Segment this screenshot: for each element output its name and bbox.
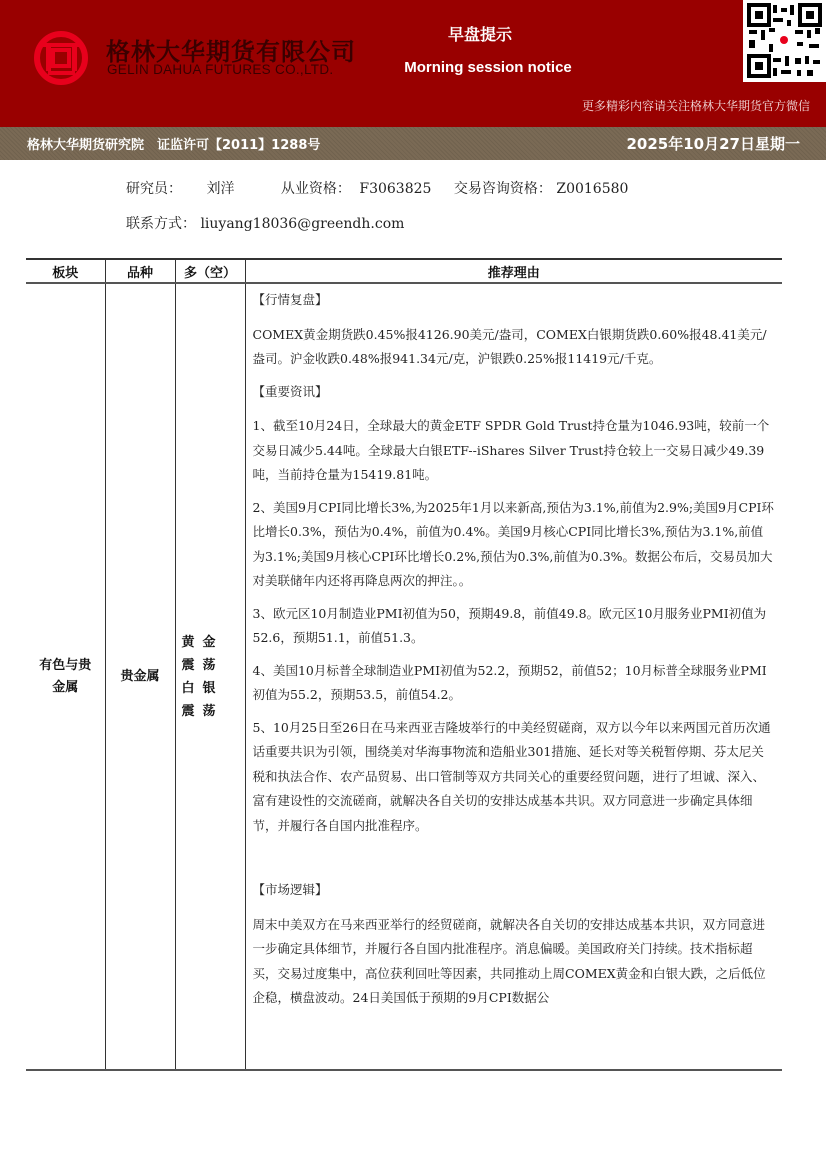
section-title-logic: 【市场逻辑】	[253, 878, 775, 903]
qualification-label: 从业资格：	[281, 178, 351, 198]
researcher-label: 研究员：	[126, 178, 182, 198]
direction-cell: 黄金震荡 白银震荡	[175, 283, 245, 1070]
sector-cell: 有色与贵金属	[26, 283, 105, 1070]
institute-license: 格林大华期货研究院 证监许可【2011】1288号	[27, 134, 320, 153]
section-title-review: 【行情复盘】	[253, 288, 775, 313]
analyst-line: 研究员： 刘洋 从业资格： F3063825 交易咨询资格： Z0016580	[126, 178, 628, 198]
header-direction: 多（空）	[175, 259, 245, 283]
contact-line: 联系方式： liuyang18036@greendh.com	[126, 213, 404, 233]
news-item-4: 4、美国10月标普全球制造业PMI初值为52.2，预期52，前值52；10月标普…	[253, 659, 775, 708]
qualification-number: F3063825	[359, 181, 431, 197]
section-title-news: 【重要资讯】	[253, 380, 775, 405]
header-sector: 板块	[26, 259, 105, 283]
company-name-en: GELIN DAHUA FUTURES CO.,LTD.	[107, 62, 333, 77]
logic-paragraph: 周末中美双方在马来西亚举行的经贸磋商，就解决各自关切的安排达成基本共识，双方同意…	[253, 913, 775, 1011]
report-title-cn: 早盘提示	[400, 22, 560, 45]
report-date: 2025年10月27日星期一	[627, 133, 801, 154]
reason-cell: 【行情复盘】 COMEX黄金期货跌0.45%报4126.90美元/盎司，COME…	[245, 283, 782, 1070]
header-banner: 格林大华期货有限公司 GELIN DAHUA FUTURES CO.,LTD. …	[0, 0, 826, 127]
wechat-follow-note: 更多精彩内容请关注格林大华期货官方微信	[582, 97, 810, 114]
contact-email[interactable]: liuyang18036@greendh.com	[200, 216, 404, 232]
wechat-qr-code-icon	[743, 0, 826, 82]
header-variety: 品种	[105, 259, 175, 283]
review-paragraph: COMEX黄金期货跌0.45%报4126.90美元/盎司，COMEX白银期货跌0…	[253, 323, 775, 372]
table-row: 有色与贵金属 贵金属 黄金震荡 白银震荡 【行情复盘】 COMEX黄金期货跌0.…	[26, 283, 782, 1070]
consult-label: 交易咨询资格：	[454, 178, 552, 198]
news-item-1: 1、截至10月24日，全球最大的黄金ETF SPDR Gold Trust持仓量…	[253, 414, 775, 488]
header-reason: 推荐理由	[245, 259, 782, 283]
report-title-en: Morning session notice	[388, 59, 588, 76]
company-logo-icon	[34, 31, 88, 85]
variety-cell: 贵金属	[105, 283, 175, 1070]
researcher-name: 刘洋	[206, 178, 234, 198]
news-item-5: 5、10月25日至26日在马来西亚吉隆坡举行的中美经贸磋商，双方以今年以来两国元…	[253, 716, 775, 839]
recommendation-table: 板块 品种 多（空） 推荐理由 有色与贵金属 贵金属 黄金震荡 白银震荡 【行情…	[26, 258, 782, 1071]
news-item-2: 2、美国9月CPI同比增长3%,为2025年1月以来新高,预估为3.1%,前值为…	[253, 496, 775, 594]
consult-number: Z0016580	[556, 181, 628, 197]
news-item-3: 3、欧元区10月制造业PMI初值为50，预期49.8，前值49.8。欧元区10月…	[253, 602, 775, 651]
table-header-row: 板块 品种 多（空） 推荐理由	[26, 259, 782, 283]
contact-label: 联系方式：	[126, 213, 196, 233]
